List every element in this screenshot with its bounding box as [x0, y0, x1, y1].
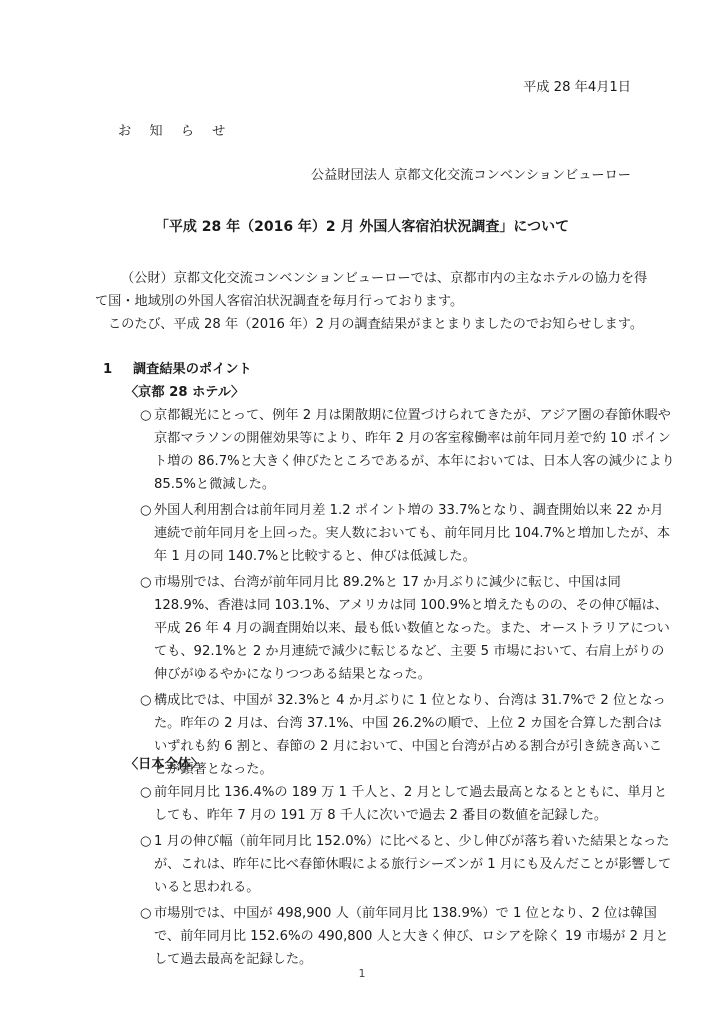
list-item: ○ 京都観光にとって、例年 2 月は閑散期に位置づけられてきたが、アジア圏の春節…	[140, 404, 675, 496]
circle-bullet-icon: ○	[140, 404, 154, 496]
list-item: ○ 前年同月比 136.4%の 189 万 1 千人と、2 月として過去最高とな…	[140, 781, 675, 827]
list-item: ○ 市場別では、台湾が前年同月比 89.2%と 17 か月ぶりに減少に転じ、中国…	[140, 571, 675, 686]
document-title: 「平成 28 年（2016 年）2 月 外国人客宿泊状況調査」について	[0, 216, 724, 239]
list-item: ○ 1 月の伸び幅（前年同月比 152.0%）に比べると、少し伸びが落ち着いた結…	[140, 830, 675, 899]
bullet-list-japan: ○ 前年同月比 136.4%の 189 万 1 千人と、2 月として過去最高とな…	[140, 781, 675, 974]
circle-bullet-icon: ○	[140, 830, 154, 899]
list-item: ○ 外国人利用割合は前年同月差 1.2 ポイント増の 33.7%となり、調査開始…	[140, 499, 675, 568]
issue-date: 平成 28 年4月1日	[523, 76, 631, 99]
section-number: 1	[103, 358, 133, 381]
bullet-list-kyoto: ○ 京都観光にとって、例年 2 月は閑散期に位置づけられてきたが、アジア圏の春節…	[140, 404, 675, 784]
organization-name: 公益財団法人 京都文化交流コンベンションビューロー	[311, 164, 631, 187]
circle-bullet-icon: ○	[140, 781, 154, 827]
notice-label: お 知 ら せ	[118, 120, 232, 143]
circle-bullet-icon: ○	[140, 902, 154, 971]
list-item: ○ 構成比では、中国が 32.3%と 4 か月ぶりに 1 位となり、台湾は 31…	[140, 689, 675, 781]
list-item: ○ 市場別では、中国が 498,900 人（前年同月比 138.9%）で 1 位…	[140, 902, 675, 971]
section-heading: 1調査結果のポイント	[103, 358, 252, 381]
circle-bullet-icon: ○	[140, 571, 154, 686]
page-number: 1	[0, 962, 724, 985]
intro-paragraph: （公財）京都文化交流コンベンションビューローでは、京都市内の主なホテルの協力を得…	[95, 267, 655, 336]
subsection-heading-japan: 〈日本全体〉	[125, 753, 204, 776]
intro-line-1: （公財）京都文化交流コンベンションビューローでは、京都市内の主なホテルの協力を得…	[95, 267, 655, 313]
intro-line-2: このたび、平成 28 年（2016 年）2 月の調査結果がまとまりましたのでお知…	[95, 313, 655, 336]
circle-bullet-icon: ○	[140, 499, 154, 568]
subsection-heading-kyoto: 〈京都 28 ホテル〉	[125, 381, 244, 404]
section-title: 調査結果のポイント	[133, 362, 252, 377]
